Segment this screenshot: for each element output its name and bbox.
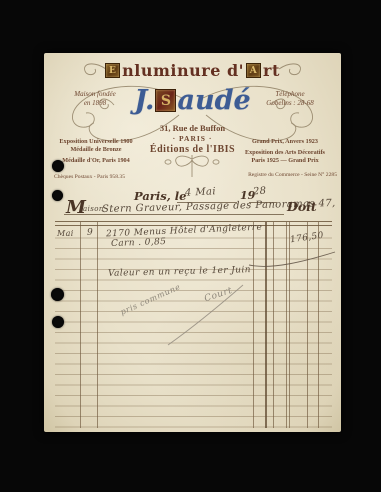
name-rest: audé — [177, 85, 250, 116]
title-text-2: rt — [263, 61, 280, 80]
illuminated-initial-S: S — [155, 89, 176, 112]
name-prefix: J. — [134, 85, 154, 116]
punch-hole-1 — [52, 160, 64, 172]
proprietor-name: J. S audé — [44, 85, 341, 116]
illuminated-initial-A: A — [246, 63, 261, 78]
punch-hole-4 — [52, 316, 64, 328]
illuminated-initial-E: E — [105, 63, 120, 78]
invoice-paper: Enluminure d'Art Maison fondée en 1898 T… — [44, 53, 341, 432]
punch-hole-3 — [51, 288, 64, 301]
punch-hole-2 — [52, 190, 63, 201]
photo-background: Enluminure d'Art Maison fondée en 1898 T… — [0, 0, 381, 492]
letterhead-title: Enluminure d'Art — [44, 61, 341, 80]
title-text-1: nluminure d' — [122, 61, 244, 80]
